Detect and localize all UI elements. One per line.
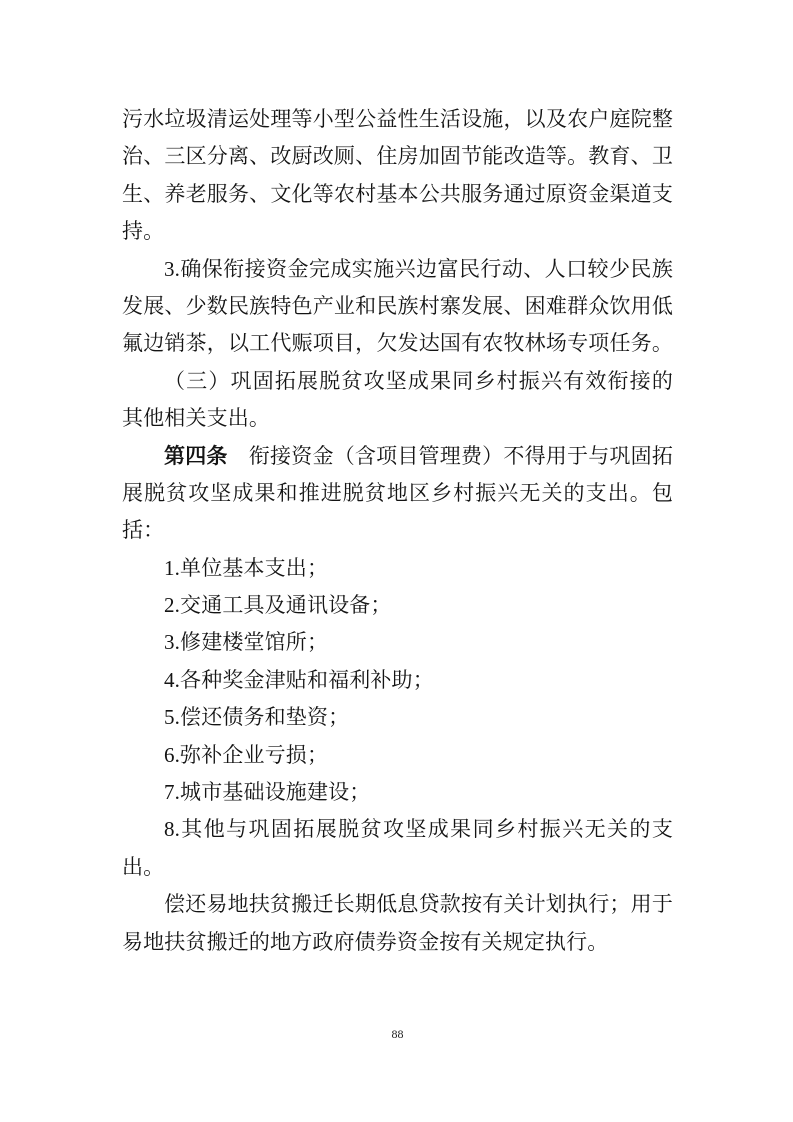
text-line: 发展、少数民族特色产业和民族村寨发展、困难群众饮用低 — [122, 288, 673, 325]
article-label: 第四条 — [164, 444, 228, 468]
article-text: 衔接资金（含项目管理费）不得用于与巩固拓 — [228, 444, 673, 468]
text-line: 偿还易地扶贫搬迁长期低息贷款按有关计划执行；用于 — [122, 886, 673, 923]
text-line: 治、三区分离、改厨改厕、住房加固节能改造等。教育、卫 — [122, 138, 673, 175]
text-line: 括： — [122, 512, 673, 549]
document-page: 污水垃圾清运处理等小型公益性生活设施，以及农户庭院整 治、三区分离、改厨改厕、住… — [0, 0, 793, 1122]
text-line: 氟边销茶，以工代赈项目，欠发达国有农牧林场专项任务。 — [122, 325, 673, 362]
list-item: 4.各种奖金津贴和福利补助； — [122, 662, 673, 699]
list-item: 3.修建楼堂馆所； — [122, 624, 673, 661]
list-item: 7.城市基础设施建设； — [122, 774, 673, 811]
prohibited-items-list: 1.单位基本支出； 2.交通工具及通讯设备； 3.修建楼堂馆所； 4.各种奖金津… — [122, 550, 673, 887]
paragraph-relocation-note: 偿还易地扶贫搬迁长期低息贷款按有关计划执行；用于 易地扶贫搬迁的地方政府债券资金… — [122, 886, 673, 961]
list-item: 8.其他与巩固拓展脱贫攻坚成果同乡村振兴无关的支 — [122, 811, 673, 848]
list-item: 2.交通工具及通讯设备； — [122, 587, 673, 624]
list-item-continuation: 出。 — [122, 849, 673, 886]
paragraph-section-3: （三）巩固拓展脱贫攻坚成果同乡村振兴有效衔接的 其他相关支出。 — [122, 363, 673, 438]
text-line: 其他相关支出。 — [122, 400, 673, 437]
page-number: 88 — [0, 1025, 793, 1043]
list-item: 1.单位基本支出； — [122, 550, 673, 587]
body-text: 污水垃圾清运处理等小型公益性生活设施，以及农户庭院整 治、三区分离、改厨改厕、住… — [122, 101, 673, 961]
text-line: 生、养老服务、文化等农村基本公共服务通过原资金渠道支 — [122, 176, 673, 213]
text-line: 持。 — [122, 213, 673, 250]
section-heading-line: （三）巩固拓展脱贫攻坚成果同乡村振兴有效衔接的 — [122, 363, 673, 400]
paragraph-item-3: 3.确保衔接资金完成实施兴边富民行动、人口较少民族 发展、少数民族特色产业和民族… — [122, 251, 673, 363]
text-line: 3.确保衔接资金完成实施兴边富民行动、人口较少民族 — [122, 251, 673, 288]
paragraph-article-4: 第四条 衔接资金（含项目管理费）不得用于与巩固拓 展脱贫攻坚成果和推进脱贫地区乡… — [122, 438, 673, 550]
list-item: 6.弥补企业亏损； — [122, 737, 673, 774]
article-first-line: 第四条 衔接资金（含项目管理费）不得用于与巩固拓 — [122, 438, 673, 475]
text-line: 展脱贫攻坚成果和推进脱贫地区乡村振兴无关的支出。包 — [122, 475, 673, 512]
list-item: 5.偿还债务和垫资； — [122, 699, 673, 736]
text-line: 易地扶贫搬迁的地方政府债券资金按有关规定执行。 — [122, 924, 673, 961]
text-line: 污水垃圾清运处理等小型公益性生活设施，以及农户庭院整 — [122, 101, 673, 138]
paragraph-facilities-continued: 污水垃圾清运处理等小型公益性生活设施，以及农户庭院整 治、三区分离、改厨改厕、住… — [122, 101, 673, 251]
